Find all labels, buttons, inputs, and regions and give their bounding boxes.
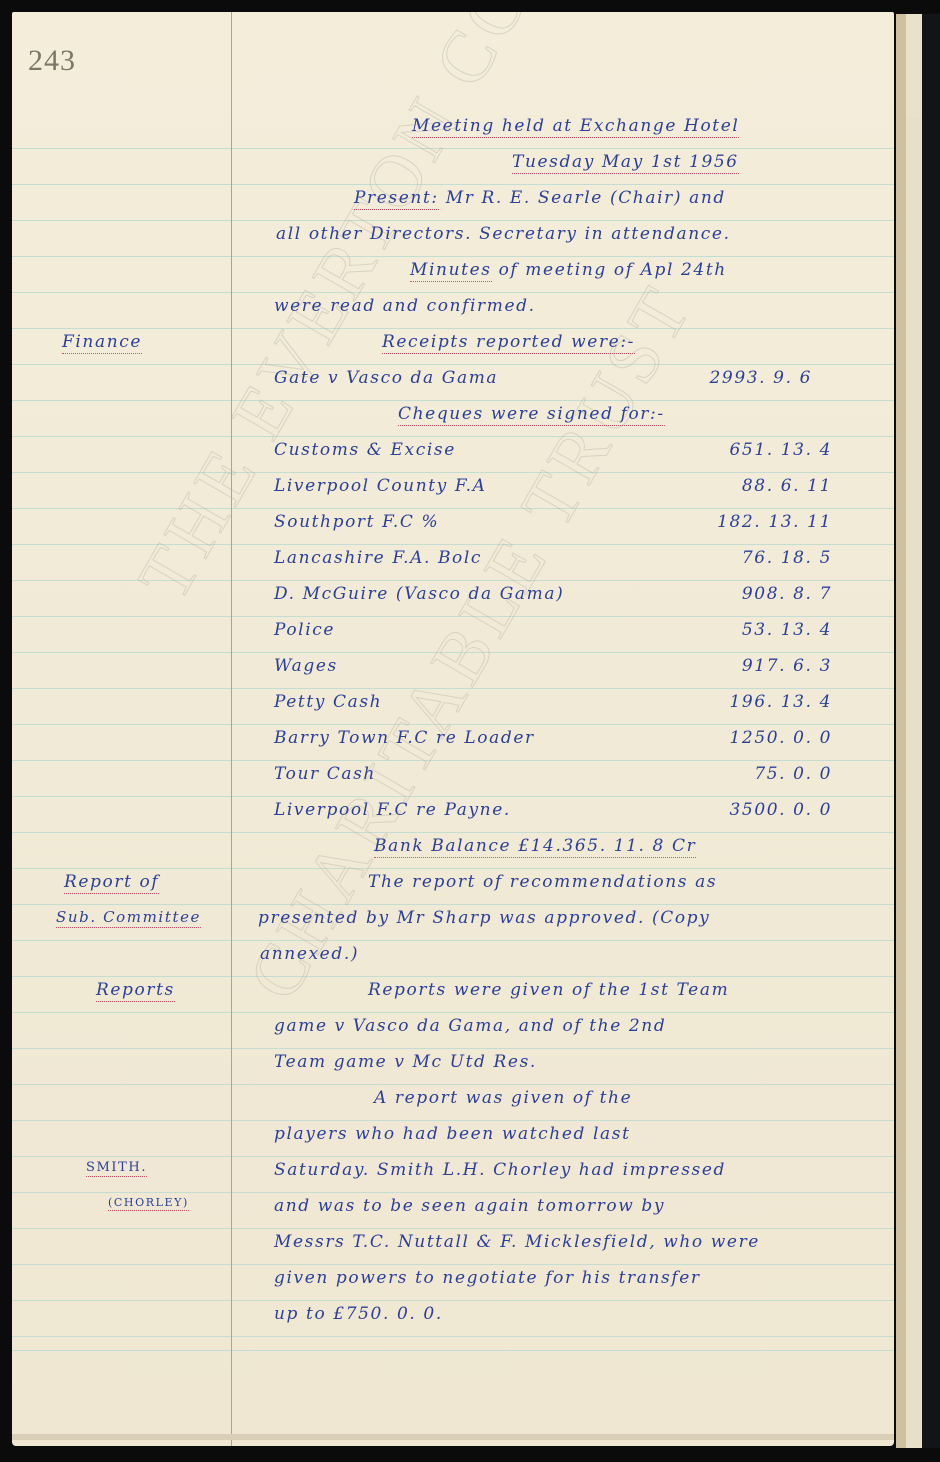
receipts-heading: Receipts reported were:- [382,332,635,354]
sub-committee-line-1: The report of recommendations as [368,872,717,892]
rule-line [12,1120,894,1121]
rule-line [12,1336,894,1337]
page-number: 243 [28,44,76,78]
players-line-3: Saturday. Smith L.H. Chorley had impress… [274,1160,726,1180]
bank-balance: Bank Balance £14.365. 11. 8 Cr [374,836,696,858]
rule-line [12,760,894,761]
cheque-amount: 651. 13. 4 [672,440,832,460]
cheque-label: Petty Cash [274,692,382,712]
rule-line [12,292,894,293]
reports-line-2: game v Vasco da Gama, and of the 2nd [274,1016,666,1036]
present-line-2: all other Directors. Secretary in attend… [276,224,731,244]
cheque-amount: 76. 18. 5 [672,548,832,568]
cheque-amount: 75. 0. 0 [672,764,832,784]
cheque-amount: 908. 8. 7 [672,584,832,604]
reports-line-1: Reports were given of the 1st Team [368,980,729,1000]
rule-line [12,652,894,653]
minutes-text: of meeting of Apl 24th [499,260,727,280]
players-line-2: players who had been watched last [274,1124,631,1144]
rule-line [12,940,894,941]
cheques-heading: Cheques were signed for:- [398,404,665,426]
rule-line [12,796,894,797]
present-label: Present: [354,188,439,210]
players-line-5: Messrs T.C. Nuttall & F. Micklesfield, w… [274,1232,760,1252]
margin-line [231,12,232,1446]
rule-line [12,1156,894,1157]
cheque-label: Tour Cash [274,764,376,784]
book-cover-edge [922,14,940,1448]
rule-line [12,184,894,185]
cheque-label: Lancashire F.A. Bolc [274,548,482,568]
cheque-label: Southport F.C % [274,512,439,532]
rule-line [12,544,894,545]
players-line-6: given powers to negotiate for his transf… [274,1268,701,1288]
cheque-amount: 3500. 0. 0 [672,800,832,820]
receipt-label: Gate v Vasco da Gama [274,368,498,388]
rule-line [12,256,894,257]
rule-line [12,364,894,365]
rule-line [12,1012,894,1013]
minutes-label: Minutes [410,260,492,282]
rule-line [12,400,894,401]
rule-line [12,1300,894,1301]
meeting-date: Tuesday May 1st 1956 [512,152,739,174]
rule-line [12,1228,894,1229]
rule-line [12,724,894,725]
meeting-title: Meeting held at Exchange Hotel [412,116,739,138]
sub-committee-line-2: presented by Mr Sharp was approved. (Cop… [258,908,710,928]
rule-line [12,220,894,221]
cheque-amount: 53. 13. 4 [672,620,832,640]
rule-line [12,580,894,581]
cheque-label: Police [274,620,335,640]
cheque-label: Wages [274,656,338,676]
cheque-amount: 182. 13. 11 [672,512,832,532]
players-line-4: and was to be seen again tomorrow by [274,1196,665,1216]
margin-note-sub-committee: Sub. Committee [56,908,201,928]
rule-line [12,148,894,149]
page-bottom-edge [12,1434,894,1440]
rule-line [12,436,894,437]
cheque-label: Customs & Excise [274,440,456,460]
book-gutter [896,14,906,1448]
cheque-amount: 88. 6. 11 [672,476,832,496]
margin-note-reports: Reports [96,980,175,1002]
margin-note-finance: Finance [62,332,142,354]
receipt-amount: 2993. 9. 6 [652,368,812,388]
rule-line [12,616,894,617]
rule-line [12,868,894,869]
margin-note-report-of: Report of [64,872,159,894]
minutes-line-2: were read and confirmed. [274,296,536,316]
rule-line [12,1192,894,1193]
rule-line [12,1350,894,1351]
cheque-label: Liverpool County F.A [274,476,487,496]
margin-note-smith: SMITH. [86,1160,147,1177]
rule-line [12,904,894,905]
margin-note-chorley: (CHORLEY) [108,1196,189,1211]
rule-line [12,472,894,473]
rule-line [12,832,894,833]
rule-line [12,1264,894,1265]
present-text: Mr R. E. Searle (Chair) and [446,188,726,208]
cheque-amount: 1250. 0. 0 [672,728,832,748]
cheque-label: D. McGuire (Vasco da Gama) [274,584,564,604]
players-line-1: A report was given of the [374,1088,632,1108]
rule-line [12,688,894,689]
rule-line [12,976,894,977]
players-line-7: up to £750. 0. 0. [274,1304,443,1324]
rule-line [12,1084,894,1085]
cheque-label: Liverpool F.C re Payne. [274,800,511,820]
rule-line [12,508,894,509]
rule-line [12,328,894,329]
present-line: Present: Mr R. E. Searle (Chair) and [354,188,726,208]
reports-line-3: Team game v Mc Utd Res. [274,1052,537,1072]
cheque-amount: 917. 6. 3 [672,656,832,676]
rule-line [12,1048,894,1049]
ledger-page: THE EVERTON COLLECTION CHARITABLE TRUST … [12,12,894,1446]
sub-committee-line-3: annexed.) [260,944,359,964]
cheque-amount: 196. 13. 4 [672,692,832,712]
cheque-label: Barry Town F.C re Loader [274,728,535,748]
minutes-line: Minutes of meeting of Apl 24th [410,260,727,280]
